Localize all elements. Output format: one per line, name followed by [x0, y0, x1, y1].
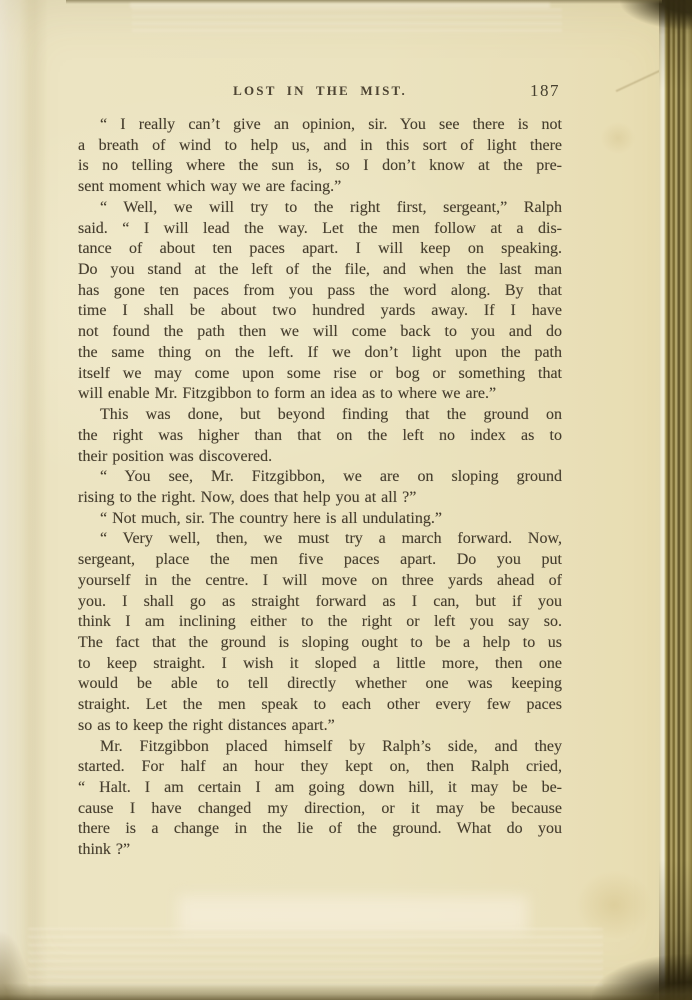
- paragraph: “ You see, Mr. Fitzgibbon, we are on slo…: [78, 467, 562, 508]
- text-block: “ I really can’t give an opinion, sir. Y…: [78, 115, 562, 861]
- text-line: said. “ I will lead the way. Let the men…: [78, 219, 562, 240]
- text-line: will enable Mr. Fitzgibbon to form an id…: [78, 384, 562, 405]
- text-line: sent moment which way we are facing.”: [78, 177, 562, 198]
- paragraph: “ Not much, sir. The country here is all…: [78, 509, 562, 530]
- paragraph: “ Well, we will try to the right first, …: [78, 198, 562, 405]
- text-line: The fact that the ground is sloping ough…: [78, 633, 562, 654]
- text-line: not found the path then we will come bac…: [78, 322, 562, 343]
- text-line: “ Not much, sir. The country here is all…: [78, 509, 562, 530]
- paragraph: Mr. Fitzgibbon placed himself by Ralph’s…: [78, 737, 562, 861]
- text-line: “ Very well, then, we must try a march f…: [78, 529, 562, 550]
- text-line: straight. Let the men speak to each othe…: [78, 695, 562, 716]
- text-line: rising to the right. Now, does that help…: [78, 488, 562, 509]
- text-line: tance of about ten paces apart. I will k…: [78, 239, 562, 260]
- text-line: Do you stand at the left of the file, an…: [78, 260, 562, 281]
- text-line: “ You see, Mr. Fitzgibbon, we are on slo…: [78, 467, 562, 488]
- text-line: their position was discovered.: [78, 447, 562, 468]
- page-number: 187: [530, 81, 560, 101]
- text-line: so as to keep the right distances apart.…: [78, 716, 562, 737]
- text-line: itself we may come upon some rise or bog…: [78, 364, 562, 385]
- top-right-corner-shadow: [620, 0, 692, 30]
- text-line: think ?”: [78, 840, 562, 861]
- text-line: the right was higher than that on the le…: [78, 426, 562, 447]
- page-fore-edge-shadow: [659, 0, 692, 1000]
- running-head-title: LOST IN THE MIST.: [78, 83, 562, 99]
- bottom-edge-shadow: [0, 983, 692, 1000]
- scan-blur-streak-top: [132, 8, 562, 32]
- text-line: has gone ten paces from you pass the wor…: [78, 281, 562, 302]
- text-line: cause I have changed my direction, or it…: [78, 799, 562, 820]
- running-head: LOST IN THE MIST. 187: [78, 83, 562, 103]
- text-line: Mr. Fitzgibbon placed himself by Ralph’s…: [78, 737, 562, 758]
- text-line: there is a change in the lie of the grou…: [78, 819, 562, 840]
- paragraph: This was done, but beyond finding that t…: [78, 405, 562, 467]
- text-line: This was done, but beyond finding that t…: [78, 405, 562, 426]
- paper-stain: [566, 862, 662, 948]
- text-line: “ Halt. I am certain I am going down hil…: [78, 778, 562, 799]
- text-line: is no telling where the sun is, so I don…: [78, 156, 562, 177]
- text-line: “ Well, we will try to the right first, …: [78, 198, 562, 219]
- text-line: yourself in the centre. I will move on t…: [78, 571, 562, 592]
- top-edge-highlight: [130, 3, 550, 8]
- text-line: time I shall be about two hundred yards …: [78, 301, 562, 322]
- text-line: you. I shall go as straight forward as I…: [78, 592, 562, 613]
- text-line: to keep straight. I wish it sloped a lit…: [78, 654, 562, 675]
- page-gutter-fold: [0, 0, 52, 1000]
- text-line: a breath of wind to help us, and in this…: [78, 136, 562, 157]
- book-photo: LOST IN THE MIST. 187 “ I really can’t g…: [0, 0, 692, 1000]
- text-line: the same thing on the left. If we don’t …: [78, 343, 562, 364]
- paragraph: “ I really can’t give an opinion, sir. Y…: [78, 115, 562, 198]
- text-line: “ I really can’t give an opinion, sir. Y…: [78, 115, 562, 136]
- paper-stain: [596, 118, 640, 158]
- text-line: think I am inclining either to the right…: [78, 612, 562, 633]
- paragraph: “ Very well, then, we must try a march f…: [78, 529, 562, 736]
- text-line: started. For half an hour they kept on, …: [78, 757, 562, 778]
- scan-blur-streak-bottom: [28, 928, 603, 986]
- text-line: sergeant, place the men five paces apart…: [78, 550, 562, 571]
- text-line: would be able to tell directly whether o…: [78, 674, 562, 695]
